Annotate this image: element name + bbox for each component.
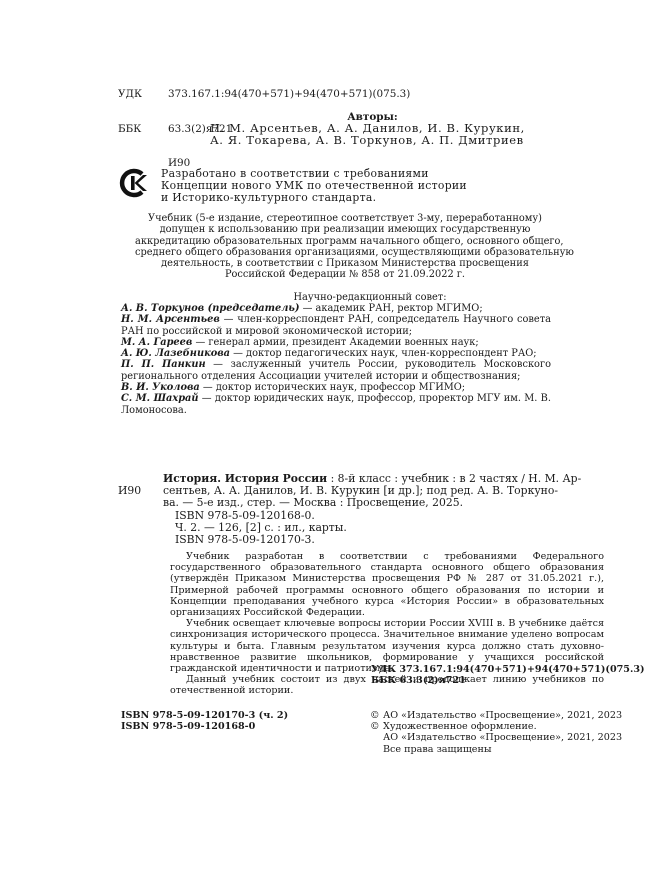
approval-line: допущен к использованию при реализации и…	[135, 224, 555, 235]
copyright-block: ©АО «Издательство «Просвещение», 2021, 2…	[370, 710, 622, 755]
member-role: — доктор педагогических наук, член-корре…	[230, 348, 537, 359]
approval-line: Российской Федерации № 858 от 21.09.2022…	[135, 269, 555, 280]
council-member: С. М. Шахрай — доктор юридических наук, …	[121, 393, 551, 416]
annotation-paragraph: Учебник разработан в соответствии с треб…	[170, 551, 604, 618]
copyright-line: Художественное оформление.	[383, 721, 537, 732]
member-role: — генерал армии, президент Академии воен…	[192, 337, 478, 348]
council-title: Научно-редакционный совет:	[0, 292, 650, 303]
council-member: В. И. Уколова — доктор исторических наук…	[121, 382, 551, 393]
udk-value: 373.167.1:94(470+571)+94(470+571)(075.3)	[168, 89, 410, 101]
copyright-line: Все права защищены	[383, 744, 491, 755]
udk-label: УДК	[118, 89, 168, 101]
udk-bottom: УДК 373.167.1:94(470+571)+94(470+571)(07…	[371, 664, 645, 675]
isbn-part: ISBN 978-5-09-120170-3.	[118, 534, 608, 546]
bbk-bottom: ББК 63.3(2)я721	[371, 675, 645, 686]
isbn-block: ISBN 978-5-09-120170-3 (ч. 2) ISBN 978-5…	[121, 710, 288, 732]
copyright-line: АО «Издательство «Просвещение», 2021, 20…	[383, 732, 622, 743]
concept-statement: Разработано в соответствии с требованиям…	[161, 168, 467, 205]
isbn-set: ISBN 978-5-09-120168-0.	[118, 510, 608, 522]
member-name: В. И. Уколова	[121, 382, 200, 393]
approval-line: Учебник (5-е издание, стереотипное соотв…	[135, 213, 555, 224]
bbk-label: ББК	[118, 124, 168, 136]
author-code: И90	[118, 485, 163, 497]
council-member: М. А. Гареев — генерал армии, президент …	[121, 337, 551, 348]
member-name: П. П. Панкин	[121, 359, 206, 370]
copyright-line: АО «Издательство «Просвещение», 2021, 20…	[383, 710, 622, 721]
authors-line-2: А. Я. Токарева, А. В. Торкунов, А. П. Дм…	[210, 135, 524, 147]
member-role: — академик РАН, ректор МГИМО;	[299, 303, 482, 314]
approval-line: деятельность, в соответствии с Приказом …	[135, 258, 555, 269]
bib-line-3: ва. — 5-е изд., стер. — Москва : Просвещ…	[118, 497, 608, 509]
approval-line: аккредитацию образовательных программ на…	[135, 236, 555, 247]
member-name: А. Ю. Лазебникова	[121, 348, 230, 359]
member-name: М. А. Гареев	[121, 337, 192, 348]
council-member: А. Ю. Лазебникова — доктор педагогически…	[121, 348, 551, 359]
classification-bottom: УДК 373.167.1:94(470+571)+94(470+571)(07…	[371, 664, 645, 686]
approval-line: среднего общего образования организациям…	[135, 247, 555, 258]
copyright-icon: ©	[370, 721, 383, 732]
bib-line-1: : 8-й класс : учебник : в 2 частях / Н. …	[327, 472, 581, 485]
book-title: История. История России	[163, 472, 327, 485]
concept-line: и Историко-культурного стандарта.	[161, 192, 467, 204]
copyright-icon: ©	[370, 710, 383, 721]
isbn-line: ISBN 978-5-09-120170-3 (ч. 2)	[121, 710, 288, 721]
council-member: Н. М. Арсентьев — член-корреспондент РАН…	[121, 314, 551, 337]
bibliographic-record: История. История России : 8-й класс : уч…	[118, 473, 608, 546]
member-name: Н. М. Арсентьев	[121, 314, 220, 325]
approval-statement: Учебник (5-е издание, стереотипное соотв…	[135, 213, 555, 281]
council-list: А. В. Торкунов (председатель) — академик…	[121, 303, 551, 416]
council-member: П. П. Панкин — заслуженный учитель Росси…	[121, 359, 551, 382]
member-role: — доктор исторических наук, профессор МГ…	[200, 382, 465, 393]
isbn-line: ISBN 978-5-09-120168-0	[121, 721, 288, 732]
bib-line-2: сентьев, А. А. Данилов, И. В. Курукин [и…	[163, 484, 558, 497]
council-member: А. В. Торкунов (председатель) — академик…	[121, 303, 551, 314]
member-name: А. В. Торкунов (председатель)	[121, 303, 299, 314]
ik-standard-logo-icon	[119, 167, 151, 199]
member-name: С. М. Шахрай	[121, 393, 199, 404]
